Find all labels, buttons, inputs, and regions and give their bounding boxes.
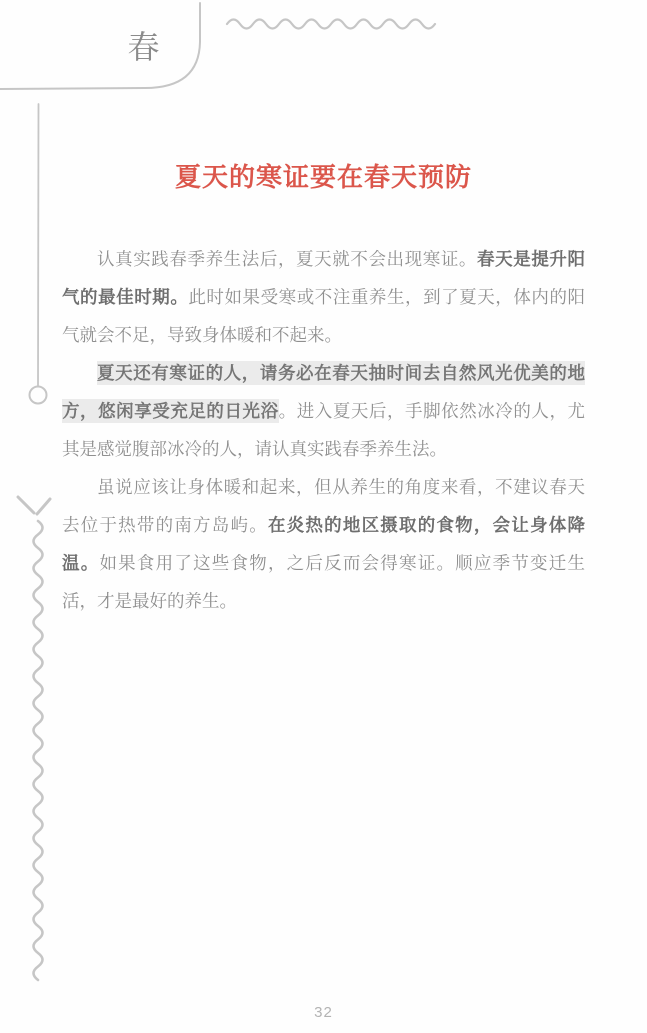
left-check-mark (10, 490, 60, 522)
page-title: 夏天的寒证要在春天预防 (62, 157, 585, 194)
paragraph-2: 夏天还有寒证的人，请务必在春天抽时间去自然风光优美的地方，悠闲享受充足的日光浴。… (62, 354, 585, 468)
top-wavy-line (222, 10, 447, 38)
paragraph-1: 认真实践春季养生法后，夏天就不会出现寒证。春天是提升阳气的最佳时期。此时如果受寒… (62, 240, 585, 354)
body-text: 认真实践春季养生法后，夏天就不会出现寒证。春天是提升阳气的最佳时期。此时如果受寒… (62, 240, 585, 620)
season-tab-curve (0, 0, 230, 100)
season-tab-label: 春 (124, 22, 164, 68)
paragraph-3: 虽说应该让身体暖和起来，但从养生的角度来看，不建议春天去位于热带的南方岛屿。在炎… (62, 468, 585, 620)
text-run-normal: 如果食用了这些食物，之后反而会得寒证。顺应季节变迁生活，才是最好的养生。 (62, 553, 585, 611)
book-page: 春 夏天的寒证要在春天预防 认真实践春季养生法后，夏天就不会出现寒证。春天是提升… (0, 0, 647, 1033)
text-block: 夏天的寒证要在春天预防 认真实践春季养生法后，夏天就不会出现寒证。春天是提升阳气… (62, 157, 585, 620)
text-run-normal: 认真实践春季养生法后，夏天就不会出现寒证。 (97, 249, 477, 269)
page-number: 32 (0, 1004, 647, 1021)
left-pin-line (20, 98, 60, 410)
left-wavy-line (20, 518, 60, 983)
